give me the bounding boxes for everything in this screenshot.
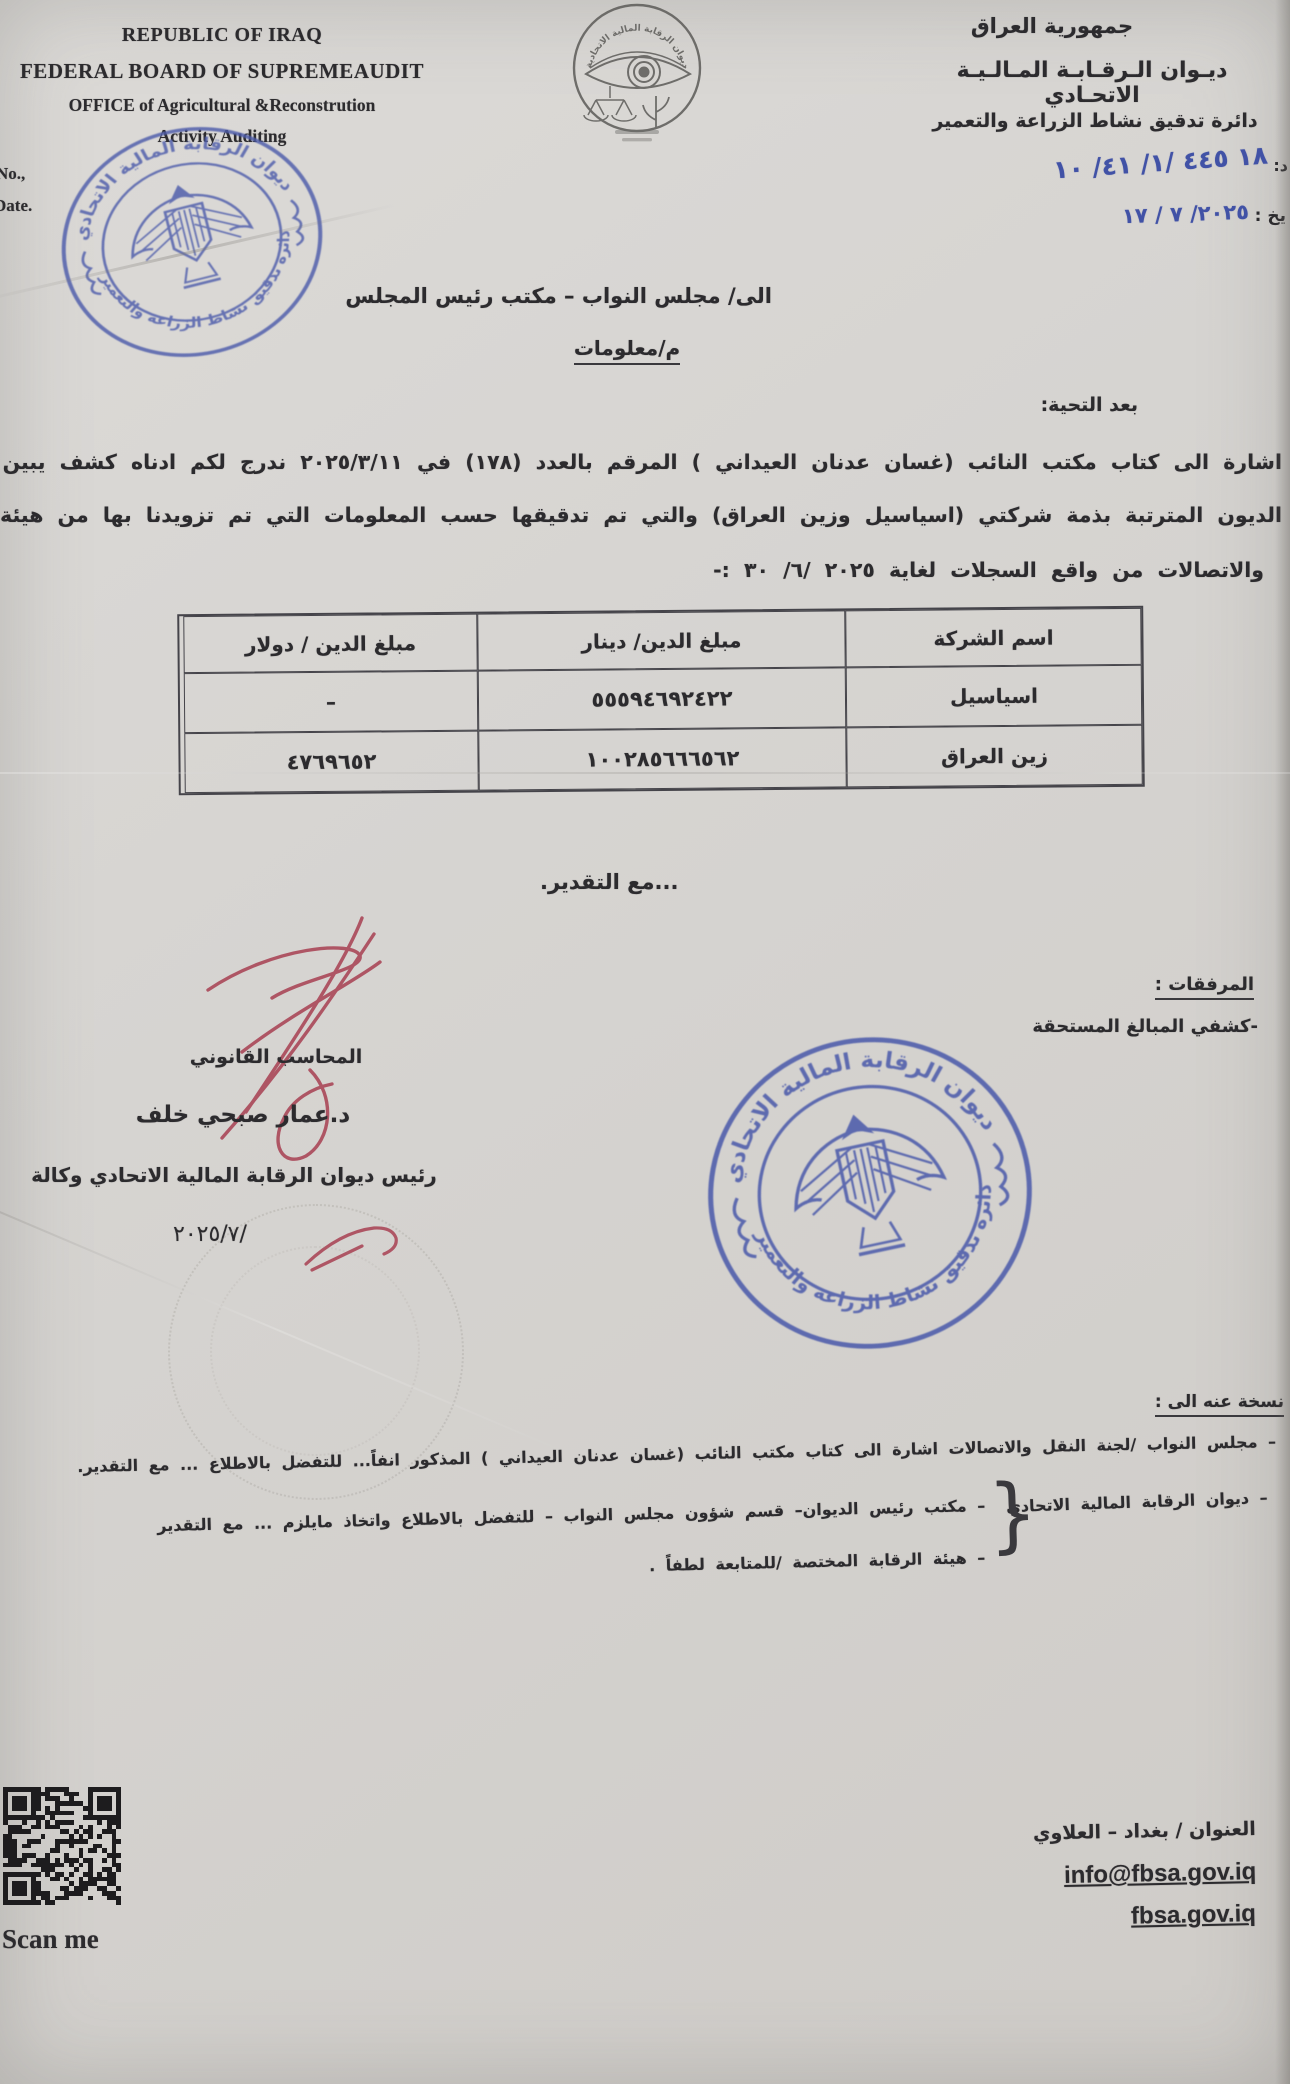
paragraph-1-text: اشارة الى كتاب مكتب النائب (غسان عدنان ا…: [417, 450, 1282, 474]
subject-text: م/معلومات: [574, 336, 680, 365]
paragraph-3-end: :-: [713, 558, 730, 582]
paragraph-1-text-end: ندرج لكم ادناه كشف يبين: [3, 450, 286, 474]
letterhead-ar-department: دائرة تدقيق نشاط الزراعة والتعمير: [930, 110, 1260, 132]
footer-website: fbsa.gov.iq: [1131, 1900, 1256, 1931]
signature-scrawl-icon: [150, 900, 420, 1190]
cc-item-audit-body: – هيئة الرقابة المختصة /للمتابعة لطفاً .: [649, 1548, 986, 1575]
closing-line: ...مع التقدير.: [540, 870, 678, 894]
letterhead-ar-country: جمهورية العراق: [902, 14, 1202, 38]
table-header-company: اسم الشركة: [845, 608, 1141, 668]
attachments-title: المرفقات :: [1155, 974, 1254, 995]
letterhead-en-board: FEDERAL BOARD OF SUPREMEAUDIT: [10, 59, 434, 84]
office-stamp-2-icon: [672, 1001, 1068, 1386]
table-row1-dinar: ٥٥٥٩٤٦٩٢٤٢٢: [478, 667, 847, 730]
debts-table: اسم الشركة مبلغ الدين/ دينار مبلغ الدين …: [177, 606, 1145, 795]
reference-date-value: ٢٠٢٥/ ٧ / ١٧: [1121, 200, 1249, 228]
cc-title-text: نسخة عنه الى :: [1155, 1392, 1284, 1417]
document-page: ديوان الرقابة المالية الاتحادي دائرة تدق…: [0, 0, 1290, 2084]
paragraph-line-2: الديون المترتبة بذمة شركتي (اسياسيل وزين…: [0, 503, 1282, 527]
recipient-line: الى/ مجلس النواب – مكتب رئيس المجلس: [398, 284, 772, 308]
salutation: بعد التحية:: [1041, 394, 1138, 416]
cc-item-fbsa-label: – ديوان الرقابة المالية الاتحادي: [1006, 1488, 1268, 1516]
no-label: No.,: [0, 164, 25, 184]
table-row2-dinar: ١٠٠٢٨٥٦٦٦٥٦٢: [478, 727, 847, 790]
paragraph-line-1: اشارة الى كتاب مكتب النائب (غسان عدنان ا…: [3, 450, 1282, 474]
signatory-position: رئيس ديوان الرقابة المالية الاتحادي وكال…: [16, 1163, 452, 1187]
eye-scales-icon: [584, 52, 690, 128]
footer-address: العنوان / بغداد – العلاوي: [1033, 1818, 1256, 1845]
table-header-dollar: مبلغ الدين / دولار: [183, 614, 477, 674]
attachments-title-text: المرفقات :: [1155, 974, 1254, 1000]
subject-line: م/معلومات: [545, 336, 709, 360]
brace-icon: }: [986, 1465, 1039, 1567]
paragraph-line-3: والاتصالات من واقع السجلات لغاية ٢٠٢٥ /٦…: [713, 558, 1264, 582]
qr-code: [3, 1787, 121, 1905]
signatory-name: د.عمار صبحي خلف: [112, 1102, 374, 1128]
table-row2-company: زين العراق: [846, 725, 1143, 788]
paper-edge-shadow: [1275, 0, 1290, 2084]
paragraph-3-text: والاتصالات من واقع السجلات لغاية: [889, 558, 1264, 582]
signatory-title: المحاسب القانوني: [176, 1046, 376, 1068]
table-row2-dollar: ٤٧٦٩٦٥٢: [184, 731, 479, 794]
letterhead-ar-board: ديـوان الـرقـابـة المـالـيـة الاتحـادي: [912, 58, 1272, 108]
footer-email: info@fbsa.gov.iq: [1063, 1858, 1256, 1890]
reference-number-line: د: ١٨ ٤٤٥ /١/ ٤١/ ١٠: [1053, 148, 1288, 177]
qr-caption: Scan me: [2, 1924, 99, 1955]
paragraph-1-date: ٢٠٢٥/٣/١١: [300, 450, 403, 474]
letterhead-en-country: REPUBLIC OF IRAQ: [10, 24, 434, 47]
fbsa-emblem-icon: ديوان الرقابة المالية الاتحادية: [556, 2, 718, 150]
reference-number-label: د:: [1273, 156, 1288, 175]
attachment-item: -كشفي المبالغ المستحقة: [1032, 1016, 1258, 1037]
reference-date-label: يخ :: [1255, 206, 1286, 226]
reference-date-line: يخ : ٢٠٢٥/ ٧ / ١٧: [1122, 202, 1286, 226]
paragraph-3-date: ٢٠٢٥ /٦/ ٣٠: [744, 558, 875, 582]
reference-number-value: ١٨ ٤٤٥ /١/ ٤١/ ١٠: [1052, 141, 1268, 185]
cc-item-diwan-office: – مكتب رئيس الديوان– قسم شؤون مجلس النوا…: [157, 1496, 985, 1535]
table-row1-dollar: –: [184, 671, 479, 734]
table-row1-company: اسياسيل: [846, 665, 1143, 728]
cc-title: نسخة عنه الى :: [1155, 1392, 1284, 1412]
date-label: Date.: [0, 196, 32, 216]
table-header-dinar: مبلغ الدين/ دينار: [477, 610, 845, 670]
